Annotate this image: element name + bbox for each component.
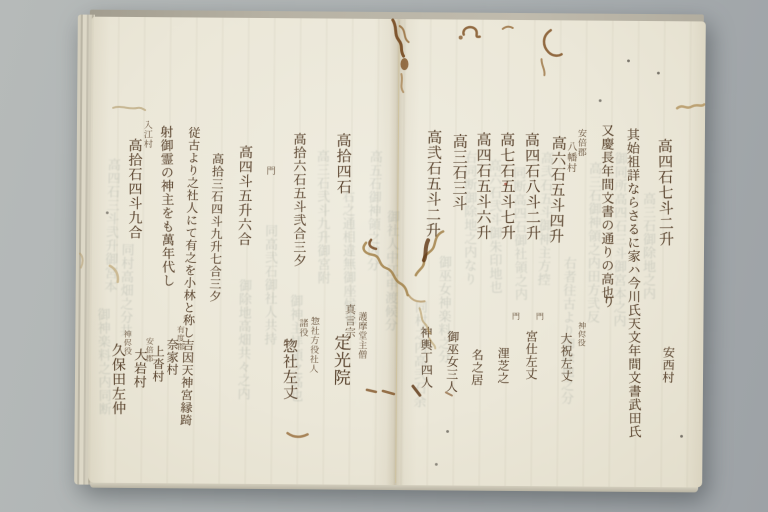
bleedthrough_column: 右同断御除地之内なり xyxy=(462,151,475,286)
right_page_column-label: 神侭役 xyxy=(577,321,586,347)
left_page_column-label: 門 xyxy=(265,166,274,176)
bleedthrough_column: 御除地高畑共々之内 xyxy=(235,279,250,401)
left_page_column-ink: 射御霊の神主をも萬年代し xyxy=(158,125,173,287)
left_page_column-ink: 高拾六石五斗弐合三夕 xyxy=(291,132,304,267)
left_page_column-ink: 定光院 xyxy=(331,333,349,386)
right_page_column-ink: 高弐石五斗二升 xyxy=(425,129,442,238)
handwriting-layer: 高四石七斗二升其始祖詳ならさるに家ハ今川氏天文年間文書武田氏又慶長年間文書の通り… xyxy=(74,10,706,493)
right_page_column-ink: 其始祖詳ならさるに家ハ今川氏天文年間文書武田氏 xyxy=(625,128,640,439)
left_page_column-ink: 高四斗五升六合 xyxy=(237,145,253,247)
right_page_column-ink: 名之居 xyxy=(471,349,484,387)
bleedthrough_column: 高三石御神領之内田方弐反 xyxy=(585,162,600,324)
left_page_column-ink: 奈家村 xyxy=(166,338,178,376)
right_page_column-label: 門 xyxy=(511,312,519,321)
bleedthrough_column: 右者往古より御除地之分 xyxy=(559,256,575,405)
bleedthrough_column: 高四石三斗弐升御宮本 xyxy=(102,158,119,293)
left_page_column-ink: 従古より之社人にて有之を小林と称し吉因天神宮縁踦 xyxy=(179,126,200,426)
left_page_column-ink: 高拾三石四斗九升七合三夕 xyxy=(209,153,224,303)
left_page_column-ink: 高拾四石 xyxy=(335,133,350,195)
left_page_column-ink: 高拾石四斗九合 xyxy=(127,138,141,240)
bleedthrough_column: 右之通相違無御座候也 xyxy=(340,190,355,325)
bleedthrough_column: 同断高四石御社領之内 xyxy=(511,166,526,301)
bleedthrough_column: 高弐石五斗御神主方控 xyxy=(535,151,552,286)
bleedthrough_column: 御神楽料之内同断 xyxy=(95,308,109,416)
bleedthrough_column: 御社人中江申渡候分 xyxy=(383,210,399,332)
bleedthrough_column: 御神主拝領之高也 xyxy=(288,294,301,402)
bleedthrough_column: 高三石弐斗九升御宮附 xyxy=(315,149,329,284)
bleedthrough_column: 同村之内高弐石余 xyxy=(411,300,426,408)
left_page_column-ink: 久保田左仲 xyxy=(111,343,125,416)
left_page_column-label: 護摩堂主僧 xyxy=(356,312,365,360)
right_page_column-label: 安倍郡 xyxy=(576,128,585,157)
bleedthrough_column: 高三石御除地之内 xyxy=(641,192,654,300)
right_page_column-ink: 宮仕左丈 xyxy=(525,330,537,380)
bleedthrough_column: 御巫女神楽料之分 xyxy=(436,255,450,363)
bleedthrough_column: 高五石御神領之内分 xyxy=(365,150,381,272)
bleedthrough_column: 御同所高四石三斗御宮本之内 xyxy=(611,152,625,328)
bleedthrough_column: 高六石弐斗御朱印地也 xyxy=(487,159,501,294)
left_page_column-label: 惣社方役社人 xyxy=(307,316,318,373)
left_page_column-ink: 大岩村 xyxy=(131,348,145,389)
bleedthrough_column: 同村高畑之分共 xyxy=(118,243,133,338)
right_page_column-ink: 安西村 xyxy=(662,346,675,384)
manuscript-book: 高四石七斗二升其始祖詳ならさるに家ハ今川氏天文年間文書武田氏又慶長年間文書の通り… xyxy=(74,10,706,493)
right_page_column-ink: 浬芝之 xyxy=(497,347,510,385)
photo-backdrop: 高四石七斗二升其始祖詳ならさるに家ハ今川氏天文年間文書武田氏又慶長年間文書の通り… xyxy=(0,0,768,512)
bleedthrough_column: 同高弐石御社人共持 xyxy=(262,224,276,346)
left_page_column-label: 入江村 xyxy=(142,120,151,149)
right_page_column-ink: 高四石七斗二升 xyxy=(657,138,673,247)
right_page_column-label: 門 xyxy=(535,312,543,321)
